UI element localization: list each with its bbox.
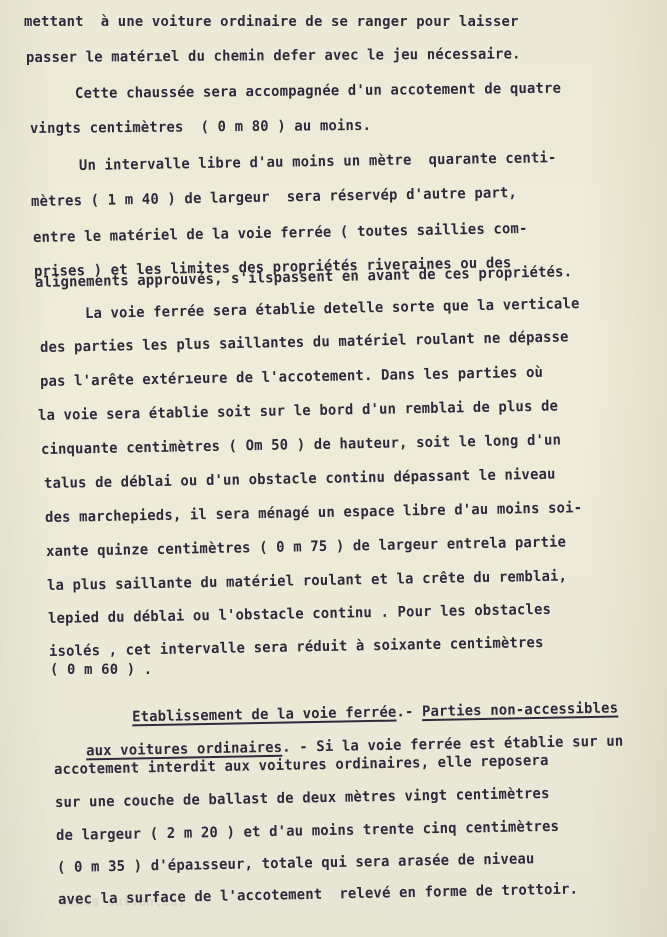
text-line: des parties les plus saillantes du matér… [40,329,569,356]
text-line: Un intervalle libre d'au moins un mètre … [79,150,557,174]
text-line: Cette chaussée sera accompagnée d'un acc… [75,81,561,102]
text-line: talus de déblai ou d'un obstacle continu… [44,467,556,492]
text-line: isolés , cet intervalle sera réduit à so… [49,635,544,660]
text-line: avec la surface de l'accotement relevé e… [58,882,578,908]
text-line: lepied du déblai ou l'obstacle continu .… [48,602,551,627]
text-line: vingts centimètres ( 0 m 80 ) au moins. [30,118,371,137]
text-line: entre le matériel de la voie ferrée ( to… [33,221,528,246]
text-fragment: . - Si la voie ferrée est établie sur un [282,734,623,756]
text-line: mettant à une voiture ordinaire de se ra… [24,14,519,30]
text-line: pas l'arête extérıeure de l'accotement. … [40,365,543,390]
text-line: la voie sera établie soit sur le bord d'… [38,398,558,424]
text-line: ( 0 m 35 ) d'épaısseur, totale qui sera … [57,851,535,876]
text-line: La voie ferrée sera établie detelle sort… [85,296,580,322]
text-line: ( 0 m 60 ) . [50,662,152,678]
typewritten-page: aches suivantes: mettant à une voiture o… [0,0,667,937]
text-line: des marchepieds, il sera ménagé un espac… [45,500,582,526]
text-line: passer le matérıel du chemin defer avec … [26,46,521,66]
text-line: cinquante centimètres ( Om 50 ) de haute… [41,432,561,458]
text-line: de largeur ( 2 m 20 ) et d'au moins tren… [56,819,559,844]
section-subheading-continued: aux voitures ordinaires [86,740,282,760]
text-line: xante quinze centimètres ( 0 m 75 ) de l… [46,534,566,560]
text-line: mètres ( 1 m 40 ) de largeur sera réserv… [31,185,517,210]
heading-separator: .- [396,704,422,720]
section-subheading: Parties non-accessibles [422,700,618,720]
text-line: la plus saillante du matériel roulant et… [47,568,567,594]
text-line: sur une couche de ballast de deux mètres… [55,786,550,811]
